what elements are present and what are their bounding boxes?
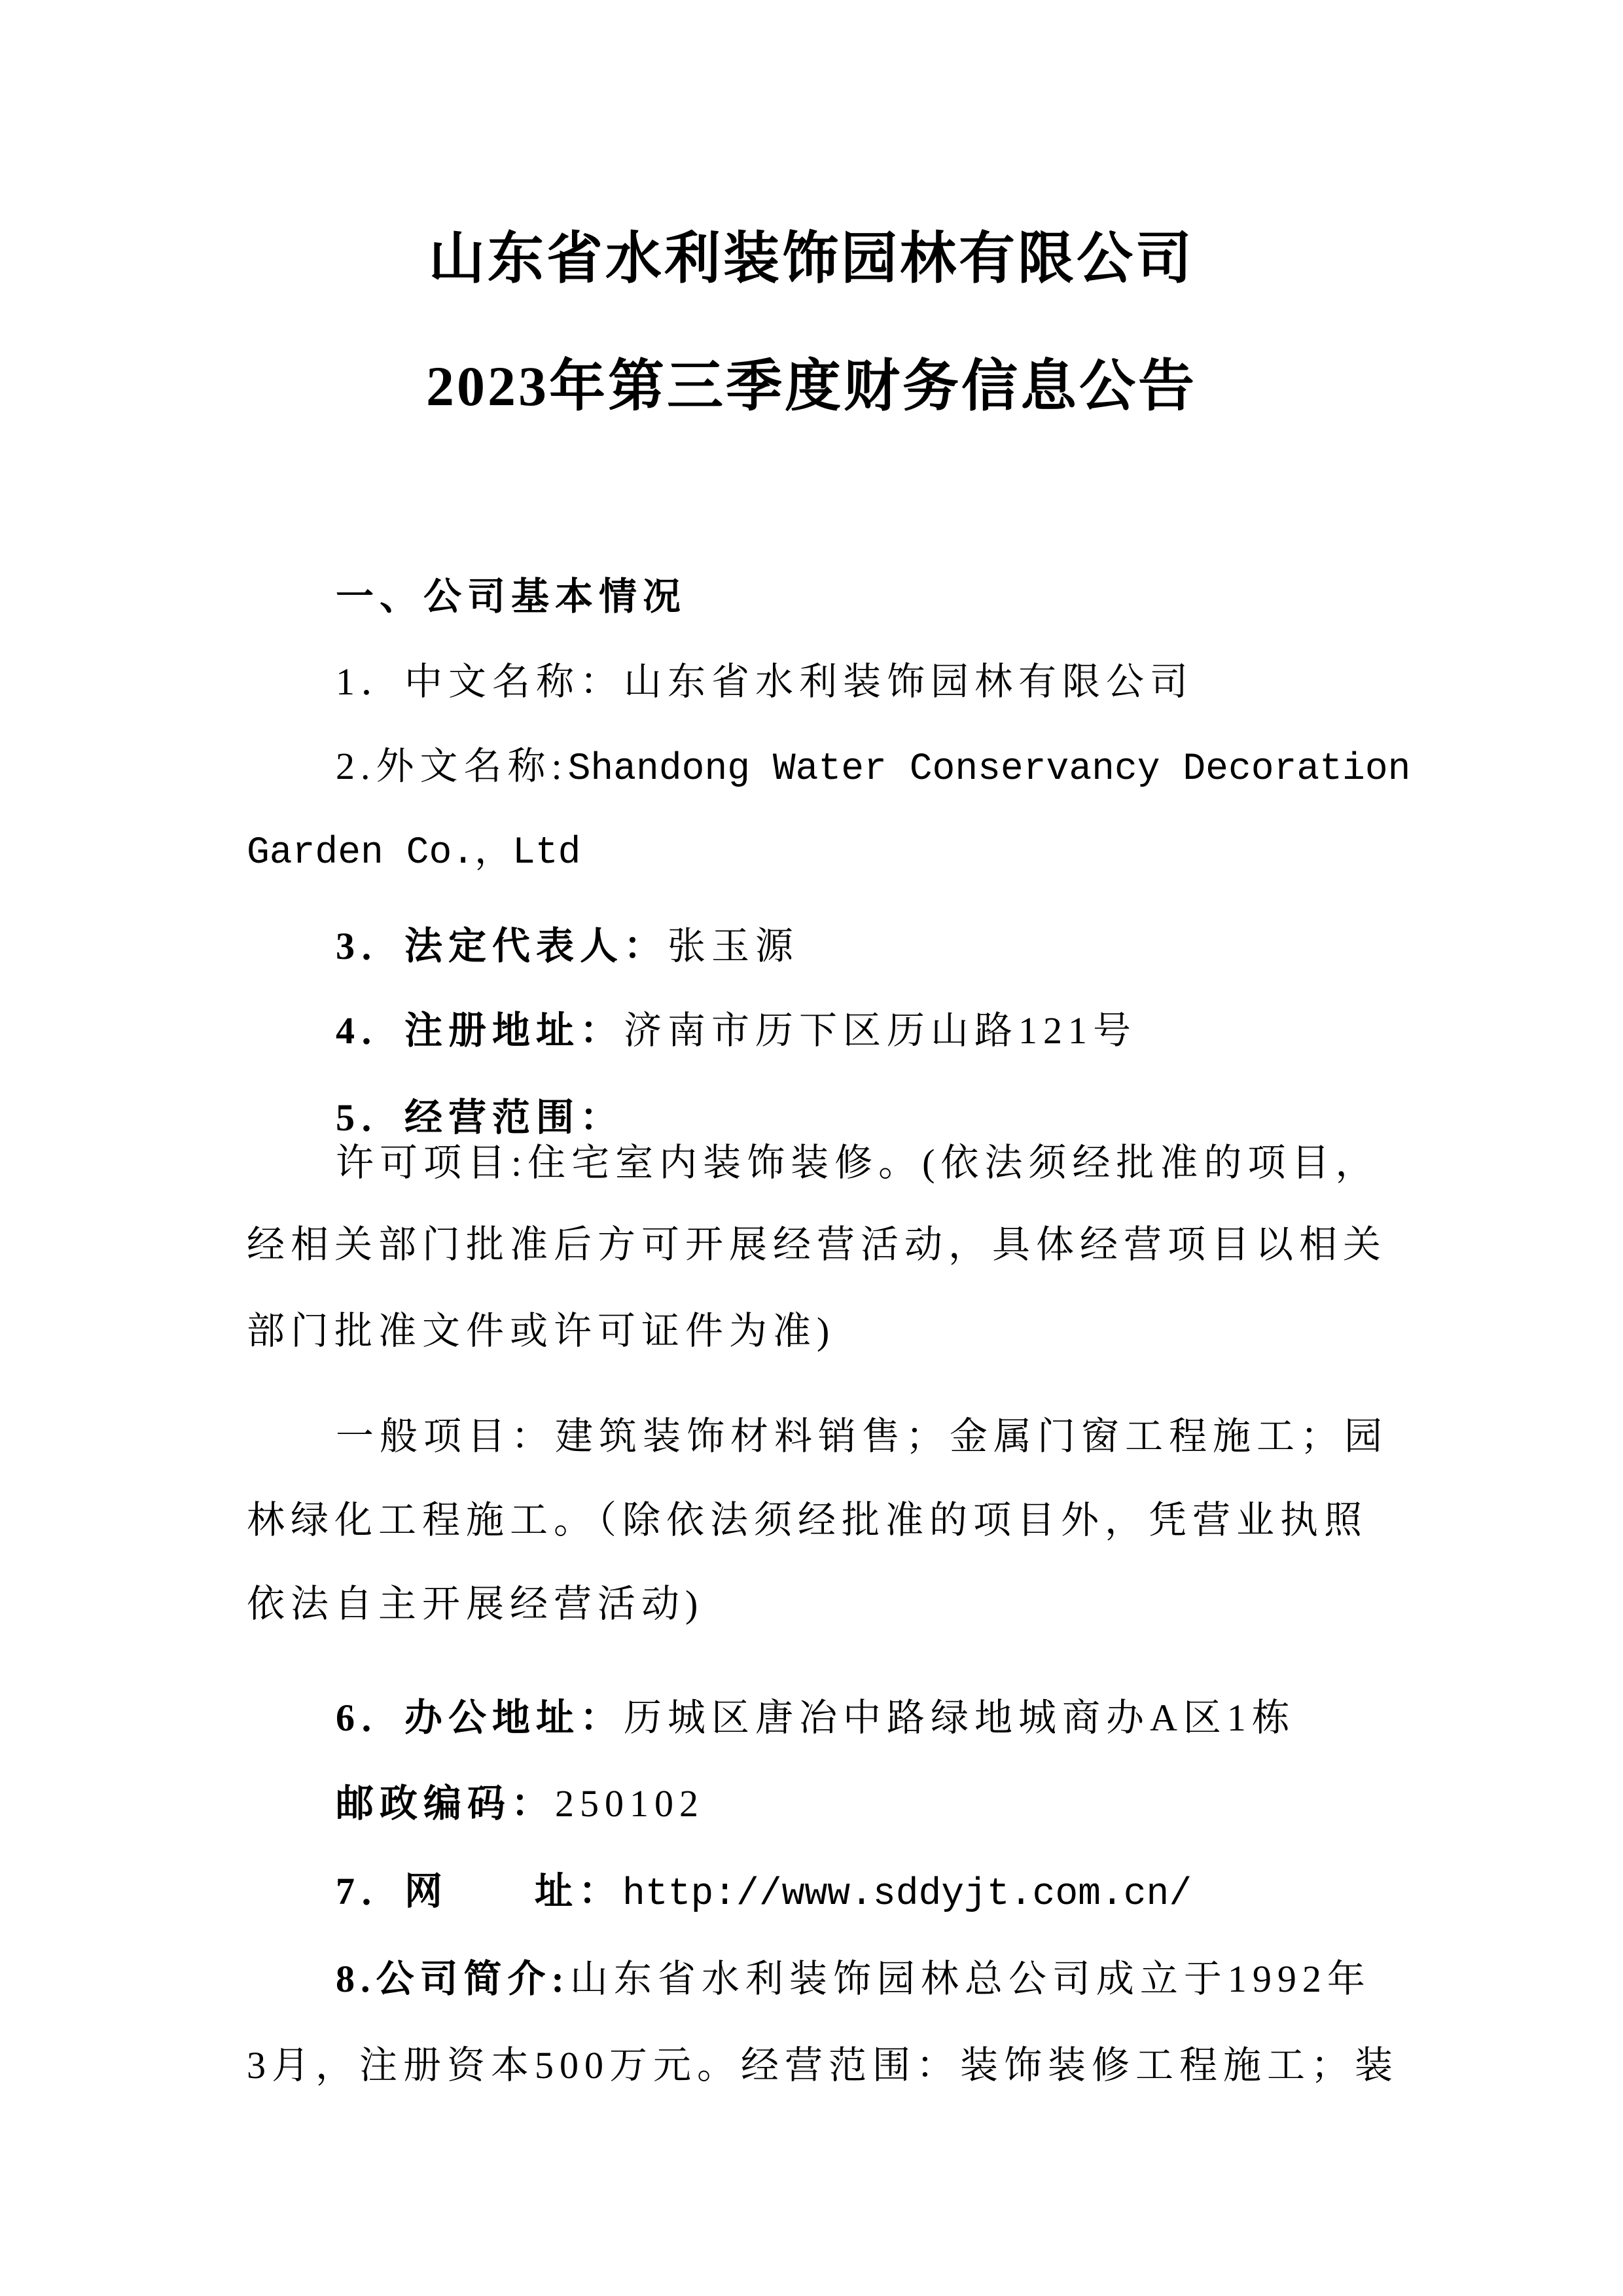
- item-company-profile: 8.公司简介:山东省水利装饰园林总公司成立于1992年: [336, 1953, 1371, 2005]
- item-value: 济南市历下区历山路121号: [624, 1009, 1137, 1052]
- item-label: 1．中文名称：: [336, 660, 624, 703]
- business-scope-licensed-line: 许可项目:住宅室内装饰装修。(依法须经批准的项目，: [336, 1137, 1379, 1189]
- item-label: 址：: [535, 1870, 622, 1912]
- item-company-profile-continued: 3月，注册资本500万元。经营范围：装饰装修工程施工；装: [247, 2039, 1399, 2092]
- document-title-company: 山东省水利装饰园林有限公司: [0, 226, 1623, 291]
- item-value: 山东省水利装饰园林总公司成立于1992年: [570, 1958, 1371, 2000]
- item-legal-representative: 3．法定代表人：张玉源: [336, 920, 799, 973]
- item-website: 7．网址：http://www.sddyjt.com.cn/: [336, 1865, 1192, 1921]
- item-label: 4．注册地址：: [336, 1009, 624, 1052]
- item-chinese-name: 1．中文名称：山东省水利装饰园林有限公司: [336, 656, 1194, 708]
- item-office-address: 6．办公地址：历城区唐冶中路绿地城商办A区1栋: [336, 1692, 1296, 1744]
- item-registered-address: 4．注册地址：济南市历下区历山路121号: [336, 1005, 1137, 1057]
- business-scope-licensed-line: 经相关部门批准后方可开展经营活动，具体经营项目以相关: [247, 1219, 1387, 1271]
- item-value: 历城区唐冶中路绿地城商办A区1栋: [624, 1696, 1296, 1739]
- item-value: 山东省水利装饰园林有限公司: [624, 660, 1194, 703]
- item-business-scope-label: 5．经营范围：: [336, 1092, 624, 1144]
- document-page: 山东省水利装饰园林有限公司 2023年第三季度财务信息公告 一、公司基本情况 1…: [0, 0, 1623, 2296]
- item-value: Shandong Water Conservancy Decoration: [568, 748, 1411, 791]
- item-label: 7．网: [336, 1870, 448, 1912]
- item-postal-code: 邮政编码：250102: [336, 1778, 704, 1830]
- item-label: 3．法定代表人：: [336, 925, 668, 967]
- document-title-report: 2023年第三季度财务信息公告: [0, 353, 1623, 419]
- item-english-name: 2.外文名称:Shandong Water Conservancy Decora…: [336, 740, 1410, 796]
- item-value: 250102: [555, 1782, 704, 1825]
- business-scope-licensed-line: 部门批准文件或许可证件为准): [247, 1305, 835, 1357]
- item-label: 邮政编码：: [336, 1782, 555, 1825]
- item-label: 6．办公地址：: [336, 1696, 624, 1739]
- business-scope-general-line: 依法自主开展经营活动): [247, 1578, 704, 1630]
- item-label: 8.公司简介:: [336, 1958, 570, 2000]
- business-scope-general-line: 一般项目：建筑装饰材料销售；金属门窗工程施工；园: [336, 1410, 1388, 1463]
- business-scope-general-line: 林绿化工程施工。（除依法须经批准的项目外，凭营业执照: [247, 1494, 1368, 1547]
- item-label: 2.外文名称:: [336, 745, 568, 787]
- item-value: 张玉源: [668, 925, 799, 967]
- item-english-name-continued: Garden Co.，Ltd: [247, 827, 580, 880]
- section-heading-company-basics: 一、公司基本情况: [336, 571, 687, 623]
- website-link[interactable]: http://www.sddyjt.com.cn/: [622, 1873, 1192, 1916]
